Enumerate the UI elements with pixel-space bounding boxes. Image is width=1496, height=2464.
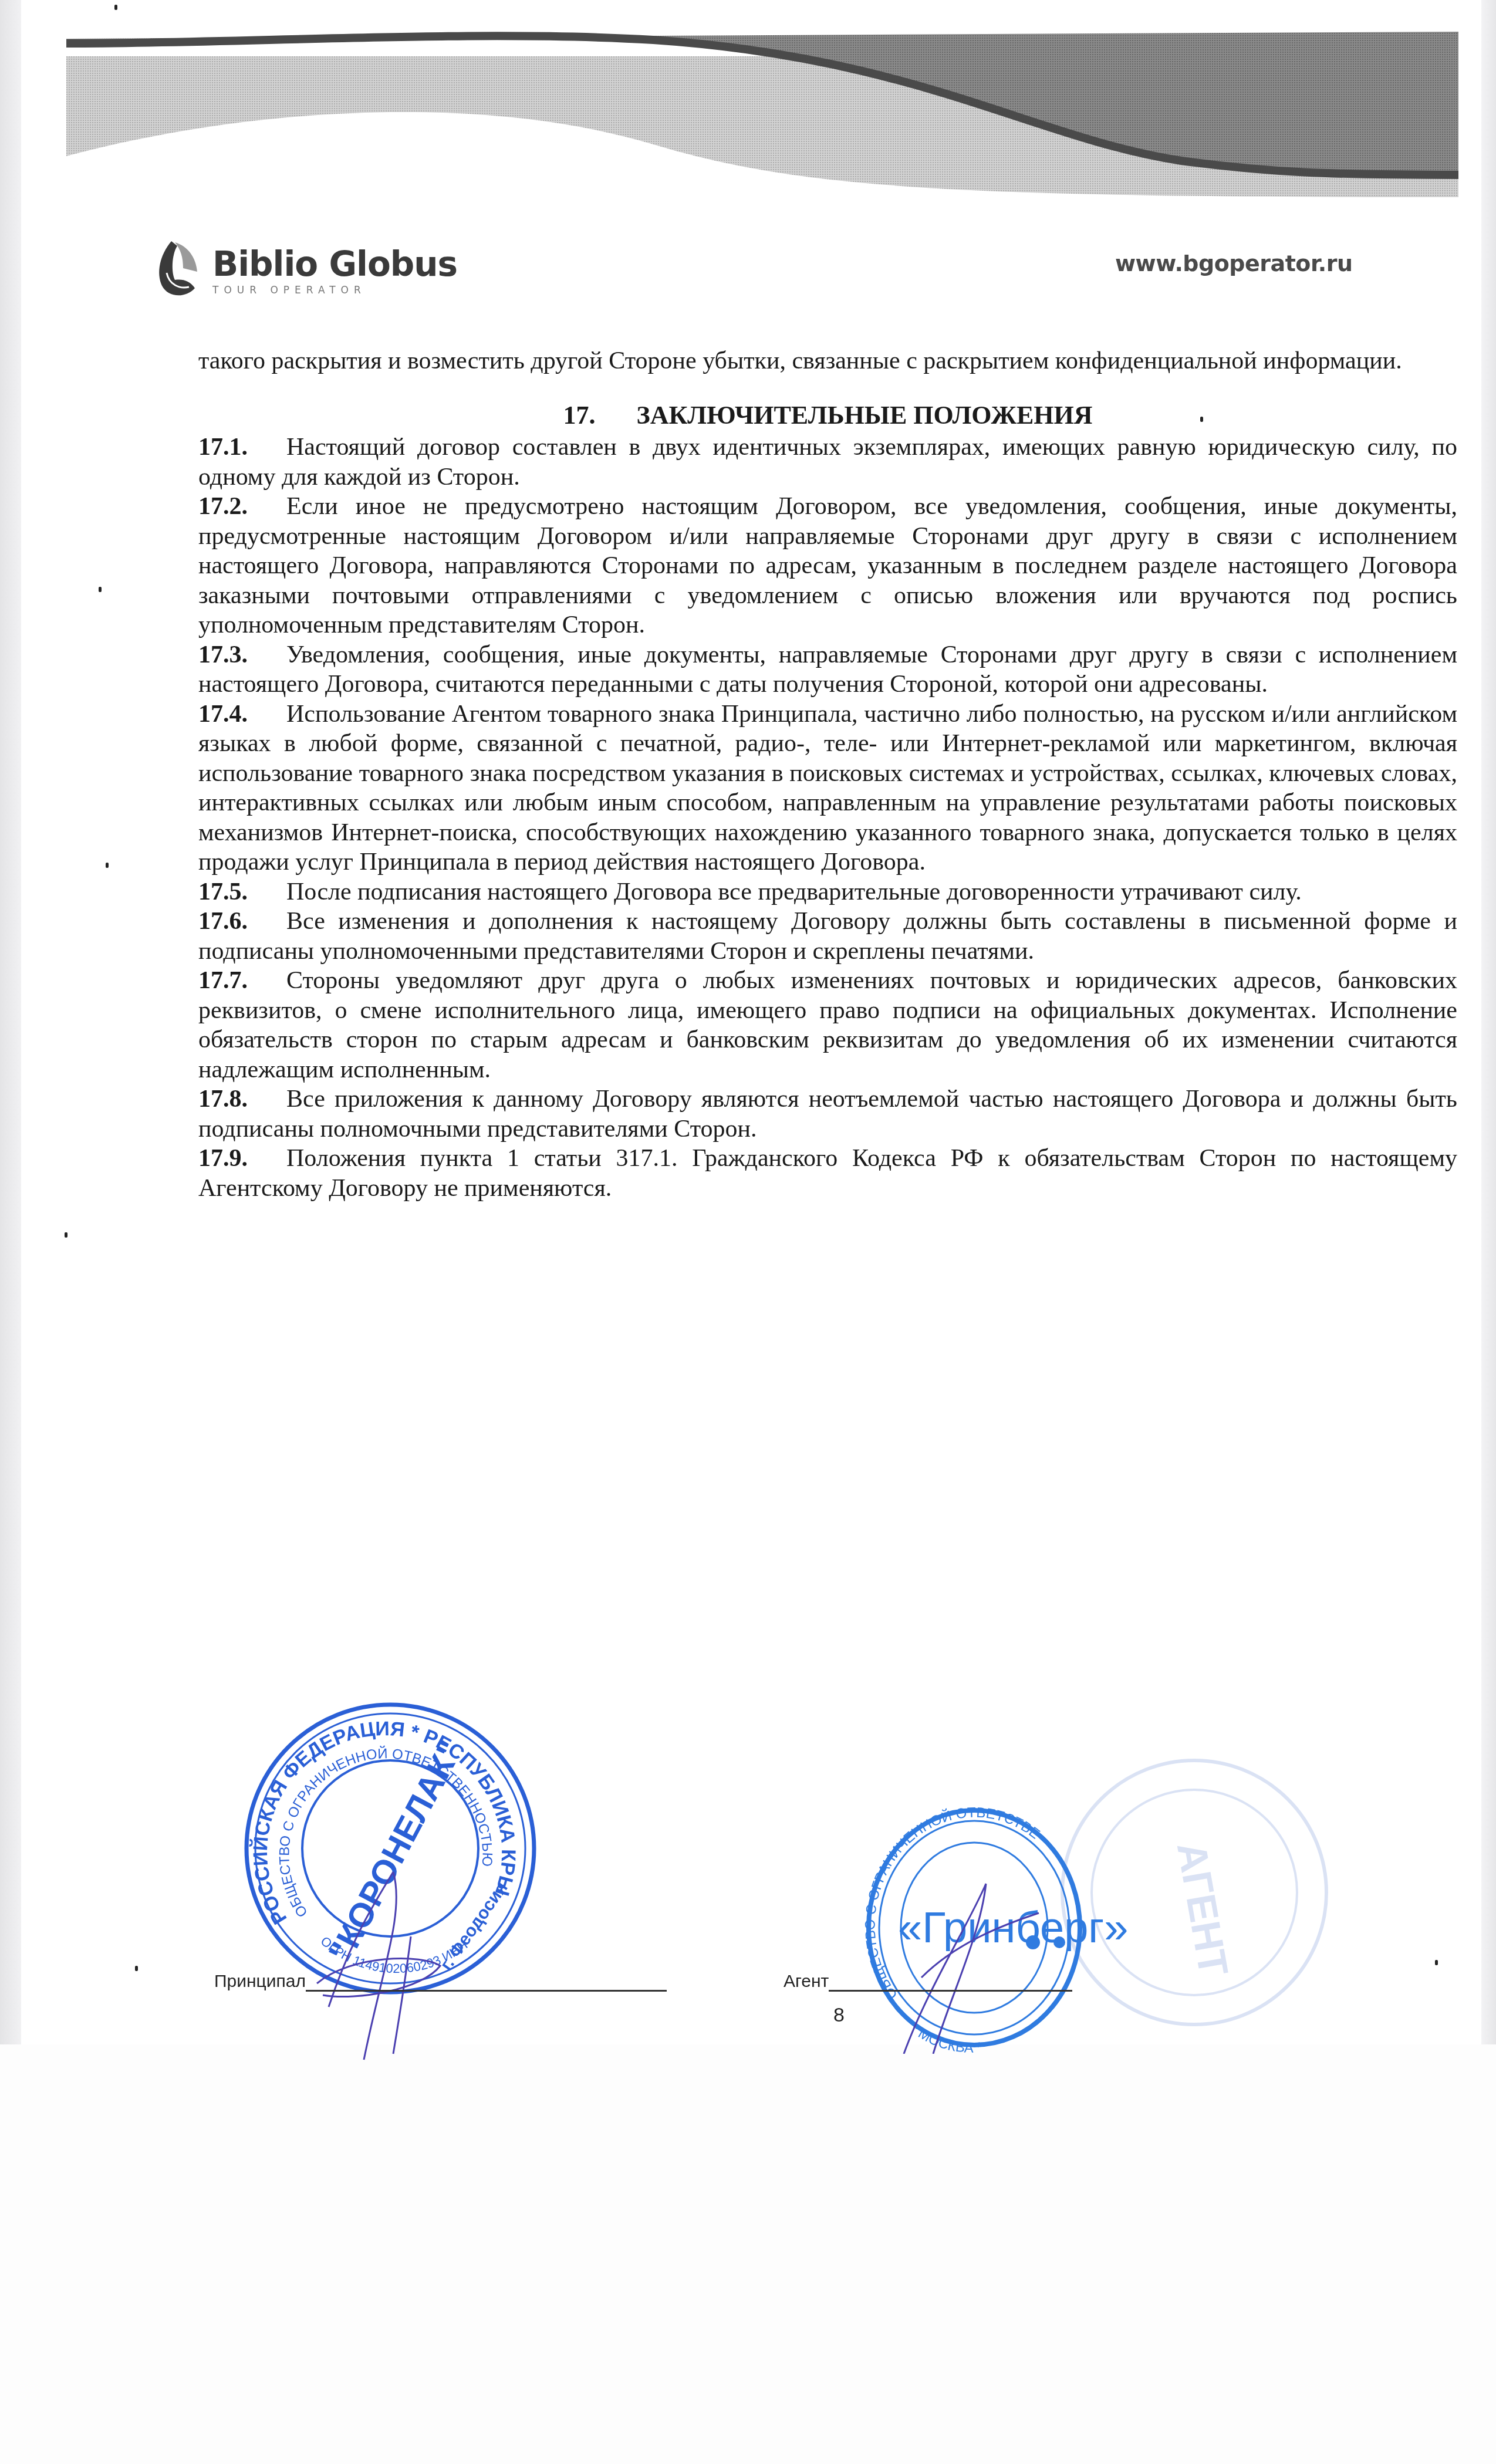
clause-17-7: 17.7.Стороны уведомляют друг друга о люб…: [198, 966, 1457, 1084]
scan-edge-left: [0, 0, 21, 2044]
clause-17-5: 17.5.После подписания настоящего Договор…: [198, 877, 1457, 907]
globe-logo-icon: [154, 238, 202, 301]
clause-text: Уведомления, сообщения, иные документы, …: [198, 641, 1457, 698]
clause-number: 17.3.: [198, 640, 286, 670]
scan-speck: [114, 5, 117, 10]
section-heading: 17.ЗАКЛЮЧИТЕЛЬНЫЕ ПОЛОЖЕНИЯ: [198, 401, 1457, 431]
clause-17-9: 17.9.Положения пункта 1 статьи 317.1. Гр…: [198, 1144, 1457, 1203]
clause-17-6: 17.6.Все изменения и дополнения к настоя…: [198, 907, 1457, 966]
clause-text: Положения пункта 1 статьи 317.1. Граждан…: [198, 1145, 1457, 1202]
section-number: 17.: [563, 401, 595, 430]
agent-sign-underline: [829, 1972, 1072, 1992]
principal-sign-underline: [306, 1972, 667, 1992]
clause-17-2: 17.2.Если иное не предусмотрено настоящи…: [198, 492, 1457, 640]
clause-text: Все приложения к данному Договору являют…: [198, 1086, 1457, 1143]
header-wave-band: [66, 21, 1458, 197]
clause-17-4: 17.4.Использование Агентом товарного зна…: [198, 699, 1457, 877]
clause-number: 17.4.: [198, 699, 286, 729]
clause-17-1: 17.1.Настоящий договор составлен в двух …: [198, 432, 1457, 492]
scan-speck: [65, 1232, 67, 1238]
clause-text: После подписания настоящего Договора все…: [286, 878, 1302, 905]
clause-number: 17.8.: [198, 1084, 286, 1114]
document-body: такого раскрытия и возместить другой Сто…: [198, 346, 1457, 1203]
clause-number: 17.6.: [198, 907, 286, 937]
scan-speck: [1200, 417, 1203, 422]
clause-number: 17.1.: [198, 432, 286, 462]
clause-17-3: 17.3.Уведомления, сообщения, иные докуме…: [198, 640, 1457, 699]
principal-signature-line: Принципал: [214, 1972, 667, 1992]
clause-number: 17.7.: [198, 966, 286, 996]
website-url: www.bgoperator.ru: [1115, 251, 1353, 276]
principal-label: Принципал: [214, 1972, 306, 1992]
brand-name: Biblio Globus: [212, 245, 457, 283]
page-number: 8: [833, 2004, 845, 2027]
clause-text: Если иное не предусмотрено настоящим Дог…: [198, 493, 1457, 638]
clause-text: Настоящий договор составлен в двух идент…: [198, 434, 1457, 491]
brand-logo: Biblio Globus TOUR OPERATOR: [154, 238, 457, 301]
section-title: ЗАКЛЮЧИТЕЛЬНЫЕ ПОЛОЖЕНИЯ: [636, 401, 1092, 430]
clause-number: 17.5.: [198, 877, 286, 907]
scanned-page: Biblio Globus TOUR OPERATOR www.bgoperat…: [0, 0, 1496, 2044]
clause-17-8: 17.8.Все приложения к данному Договору я…: [198, 1084, 1457, 1144]
scan-speck: [99, 587, 102, 592]
clause-text: Стороны уведомляют друг друга о любых из…: [198, 967, 1457, 1083]
clause-number: 17.9.: [198, 1144, 286, 1174]
svg-text:АГЕНТ: АГЕНТ: [1169, 1838, 1237, 1979]
scan-edge-right: [1481, 0, 1496, 2044]
brand-tagline: TOUR OPERATOR: [212, 285, 457, 296]
scan-speck: [106, 863, 109, 868]
scan-speck: [135, 1966, 138, 1971]
signature-block: Принципал Агент 8: [0, 1960, 1496, 2048]
intro-paragraph: такого раскрытия и возместить другой Сто…: [198, 346, 1457, 376]
wave-graphic: [66, 21, 1458, 197]
agent-signature-line: Агент: [784, 1972, 1072, 1992]
scan-speck: [1435, 1960, 1438, 1965]
agent-label: Агент: [784, 1972, 829, 1992]
clause-number: 17.2.: [198, 492, 286, 522]
clause-text: Все изменения и дополнения к настоящему …: [198, 908, 1457, 965]
clause-text: Использование Агентом товарного знака Пр…: [198, 701, 1457, 876]
